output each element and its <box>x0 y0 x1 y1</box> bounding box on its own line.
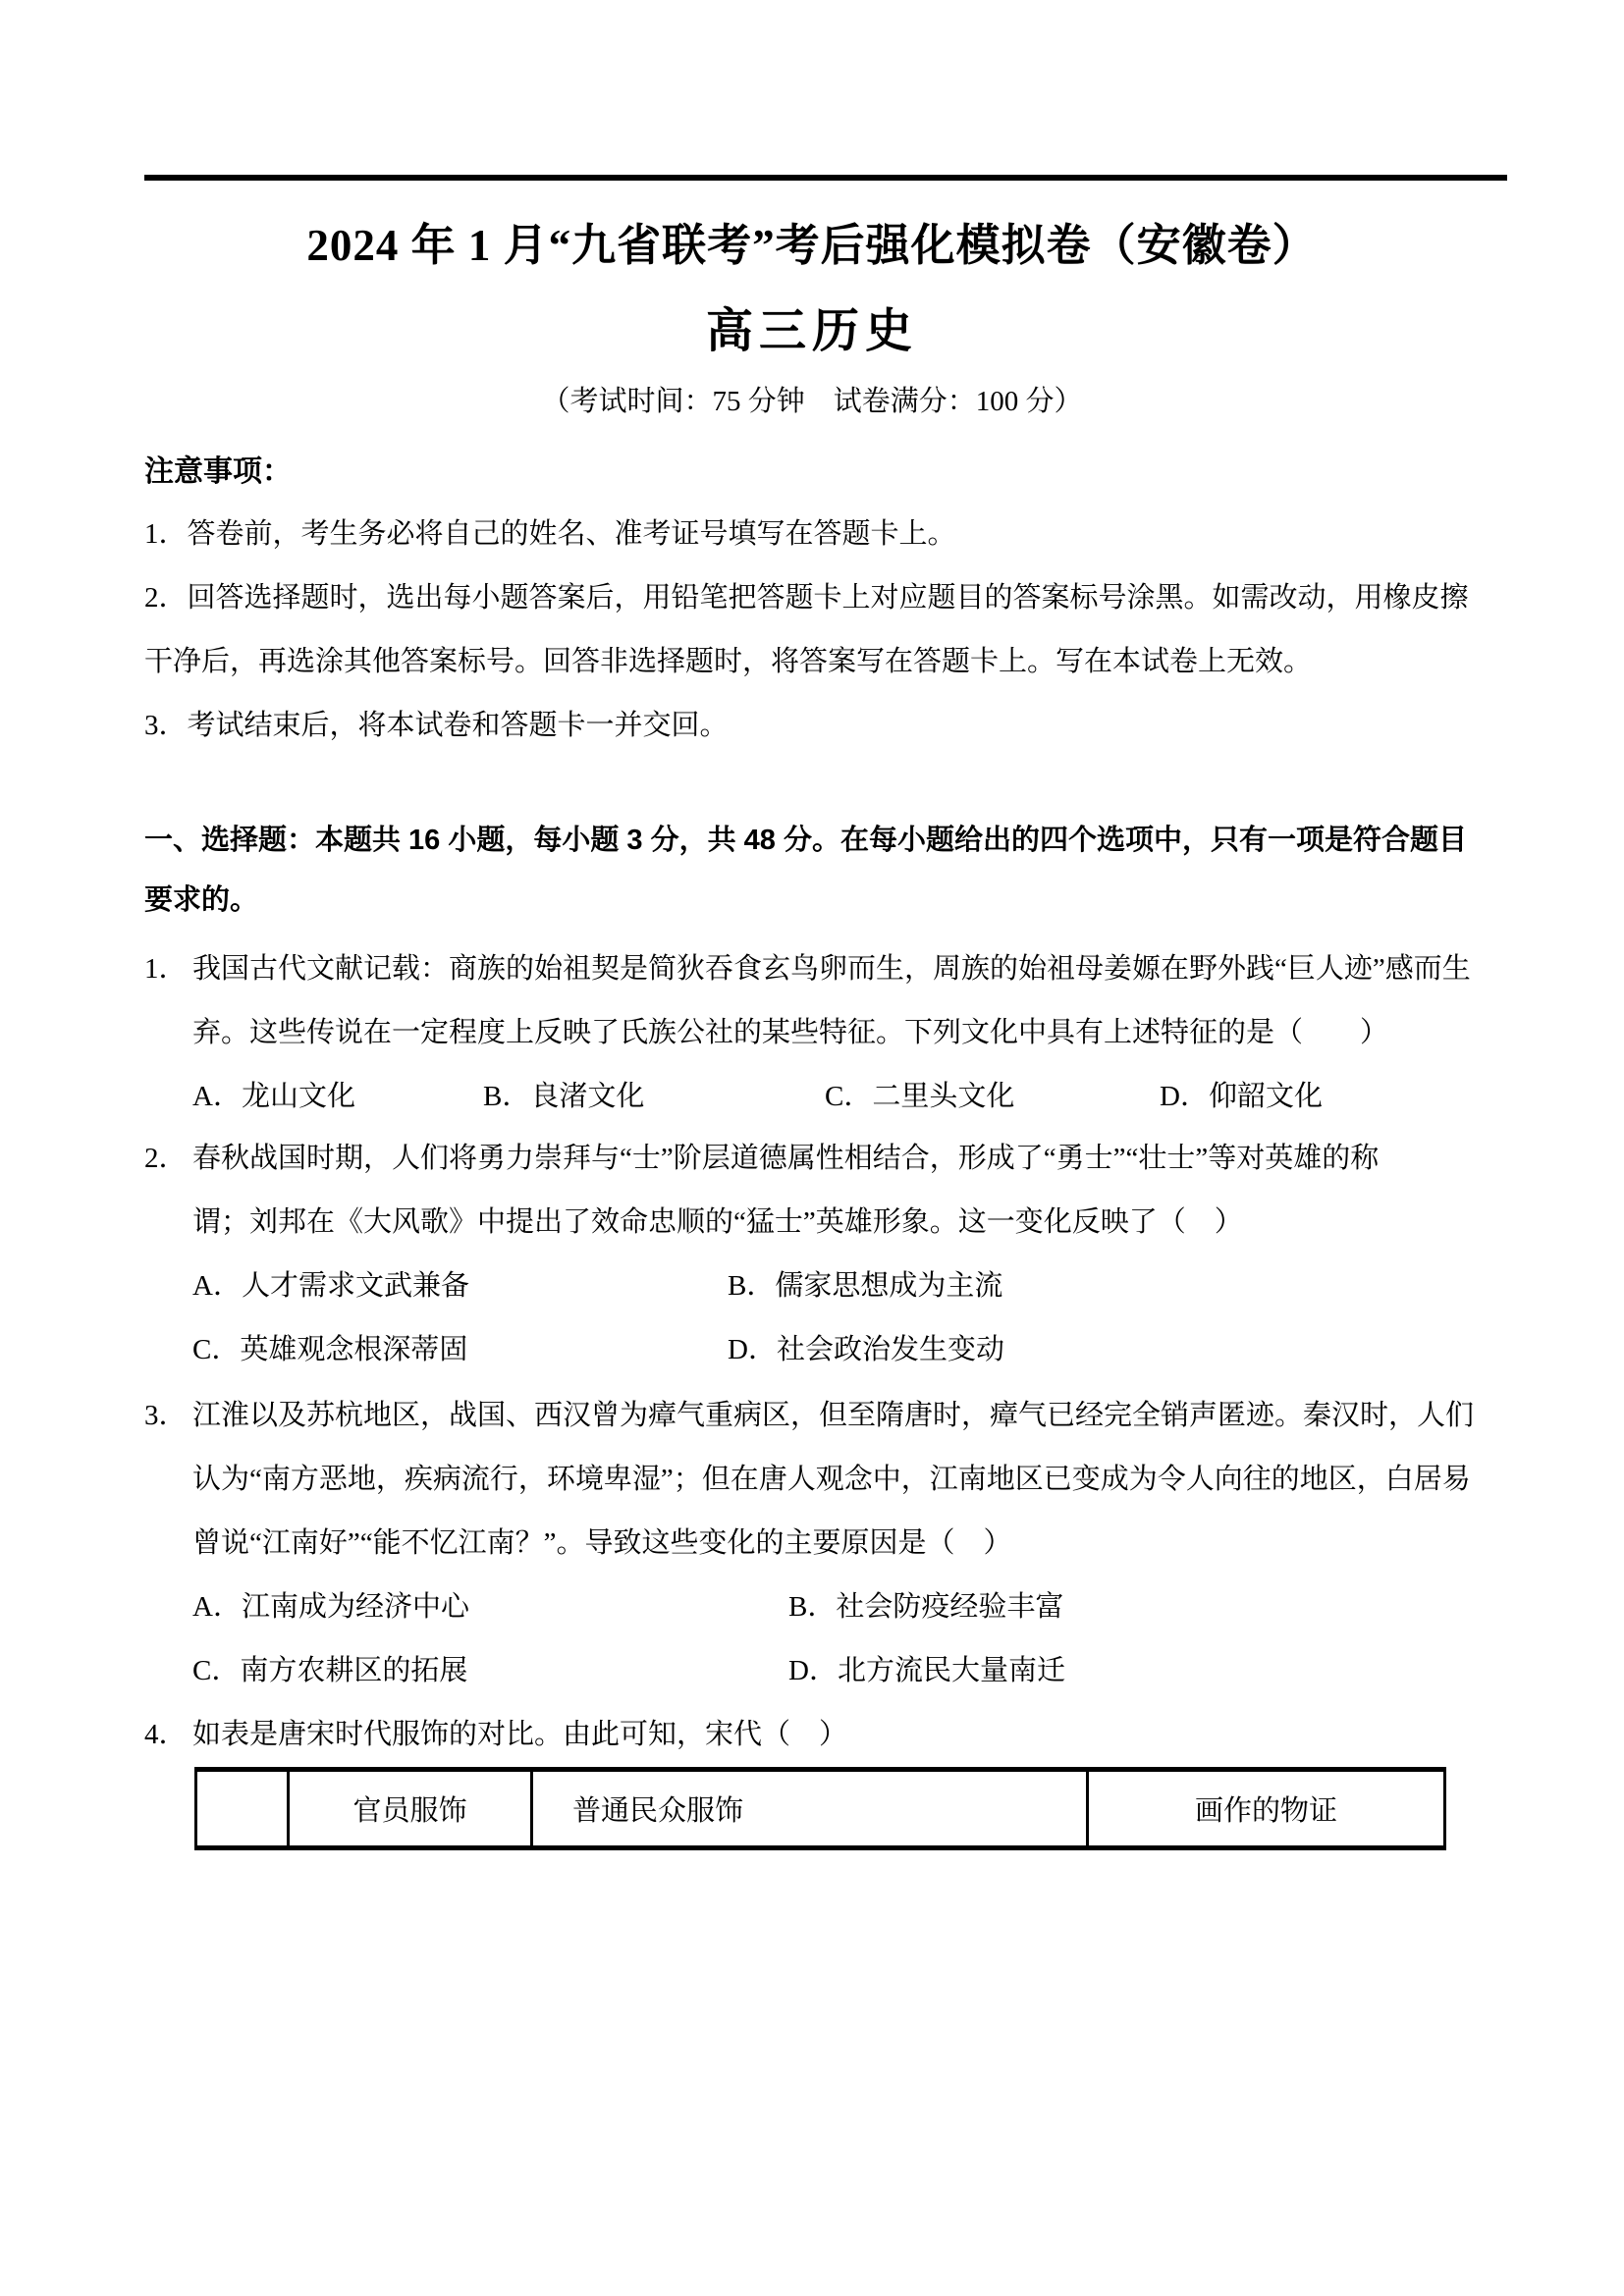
question-3-option-c: C．南方农耕区的拓展 <box>192 1639 467 1703</box>
question-1-option-b: B．良渚文化 <box>483 1065 644 1129</box>
notice-line-3: 3．考试结束后，将本试卷和答题卡一并交回。 <box>144 694 1539 758</box>
notice-line-2-cont: 干净后，再选涂其他答案标号。回答非选择题时，将答案写在答题卡上。写在本试卷上无效… <box>144 630 1539 694</box>
question-1-option-c: C．二里头文化 <box>825 1065 1014 1129</box>
notice-heading: 注意事项： <box>144 447 292 490</box>
question-2-option-a: A．人才需求文武兼备 <box>192 1255 469 1318</box>
table-header-official-dress: 官员服饰 <box>289 1770 532 1848</box>
question-3-option-a: A．江南成为经济中心 <box>192 1575 469 1639</box>
question-3-option-b: B．社会防疫经验丰富 <box>788 1575 1063 1639</box>
question-3-options-row-1: A．江南成为经济中心 B．社会防疫经验丰富 <box>192 1575 1543 1639</box>
section-heading: 一、选择题：本题共 16 小题，每小题 3 分，共 48 分。在每小题给出的四个… <box>144 811 1543 931</box>
question-4: 4． 如表是唐宋时代服饰的对比。由此可知，宋代（ ） <box>144 1703 1543 1767</box>
question-2-option-c: C．英雄观念根深蒂固 <box>192 1318 467 1382</box>
table-header-painting-evidence: 画作的物证 <box>1088 1770 1445 1848</box>
question-3-line-3: 曾说“江南好”“能不忆江南？”。导致这些变化的主要原因是（ ） <box>192 1512 1543 1575</box>
question-3-number: 3． <box>144 1384 188 1448</box>
notice-section: 1．答卷前，考生务必将自己的姓名、准考证号填写在答题卡上。 2．回答选择题时，选… <box>144 503 1539 758</box>
question-4-body: 如表是唐宋时代服饰的对比。由此可知，宋代（ ） <box>192 1703 1543 1767</box>
question-2-line-2: 谓；刘邦在《大风歌》中提出了效命忠顺的“猛士”英雄形象。这一变化反映了（ ） <box>192 1191 1543 1255</box>
exam-paper-page: 2024 年 1 月“九省联考”考后强化模拟卷（安徽卷） 高三历史 （考试时间：… <box>0 0 1624 2296</box>
paper-subtitle: 高三历史 <box>0 293 1624 360</box>
question-1: 1． 我国古代文献记载：商族的始祖契是简狄吞食玄鸟卵而生，周族的始祖母姜嫄在野外… <box>144 937 1543 1129</box>
exam-info-line: （考试时间：75 分钟 试卷满分：100 分） <box>0 379 1624 419</box>
question-4-line-1: 如表是唐宋时代服饰的对比。由此可知，宋代（ ） <box>192 1703 1543 1767</box>
question-1-option-a: A．龙山文化 <box>192 1065 355 1129</box>
question-3-option-d: D．北方流民大量南迁 <box>788 1639 1065 1703</box>
table-header-common-dress: 普通民众服饰 <box>532 1770 1088 1848</box>
question-1-option-d: D．仰韶文化 <box>1160 1065 1323 1129</box>
question-2: 2． 春秋战国时期，人们将勇力崇拜与“士”阶层道德属性相结合，形成了“勇士”“壮… <box>144 1127 1543 1382</box>
question-3-line-1: 江淮以及苏杭地区，战国、西汉曾为瘴气重病区，但至隋唐时，瘴气已经完全销声匿迹。秦… <box>192 1384 1543 1448</box>
table-header-row: 官员服饰 普通民众服饰 画作的物证 <box>196 1770 1445 1848</box>
question-2-options-row-1: A．人才需求文武兼备 B．儒家思想成为主流 <box>192 1255 1543 1318</box>
notice-line-2: 2．回答选择题时，选出每小题答案后，用铅笔把答题卡上对应题目的答案标号涂黑。如需… <box>144 566 1539 630</box>
header-rule <box>144 175 1507 181</box>
question-3-options-row-2: C．南方农耕区的拓展 D．北方流民大量南迁 <box>192 1639 1543 1703</box>
question-4-number: 4． <box>144 1703 188 1767</box>
question-3-line-2: 认为“南方恶地，疾病流行，环境卑湿”；但在唐人观念中，江南地区已变成为令人向往的… <box>192 1448 1543 1512</box>
section-heading-line-2: 要求的。 <box>144 871 1543 931</box>
paper-title: 2024 年 1 月“九省联考”考后强化模拟卷（安徽卷） <box>0 209 1624 273</box>
notice-line-1: 1．答卷前，考生务必将自己的姓名、准考证号填写在答题卡上。 <box>144 503 1539 566</box>
question-2-line-1: 春秋战国时期，人们将勇力崇拜与“士”阶层道德属性相结合，形成了“勇士”“壮士”等… <box>192 1127 1543 1191</box>
question-1-body: 我国古代文献记载：商族的始祖契是简狄吞食玄鸟卵而生，周族的始祖母姜嫄在野外践“巨… <box>192 937 1543 1129</box>
section-heading-line-1: 一、选择题：本题共 16 小题，每小题 3 分，共 48 分。在每小题给出的四个… <box>144 811 1543 871</box>
question-2-option-b: B．儒家思想成为主流 <box>728 1255 1002 1318</box>
question-2-options-row-2: C．英雄观念根深蒂固 D．社会政治发生变动 <box>192 1318 1543 1382</box>
question-3: 3． 江淮以及苏杭地区，战国、西汉曾为瘴气重病区，但至隋唐时，瘴气已经完全销声匿… <box>144 1384 1543 1703</box>
question-1-number: 1． <box>144 937 188 1001</box>
question-1-line-1: 我国古代文献记载：商族的始祖契是简狄吞食玄鸟卵而生，周族的始祖母姜嫄在野外践“巨… <box>192 937 1543 1001</box>
question-3-body: 江淮以及苏杭地区，战国、西汉曾为瘴气重病区，但至隋唐时，瘴气已经完全销声匿迹。秦… <box>192 1384 1543 1703</box>
question-2-number: 2． <box>144 1127 188 1191</box>
question-1-line-2: 弃。这些传说在一定程度上反映了氏族公社的某些特征。下列文化中具有上述特征的是（ … <box>192 1001 1543 1065</box>
question-2-body: 春秋战国时期，人们将勇力崇拜与“士”阶层道德属性相结合，形成了“勇士”“壮士”等… <box>192 1127 1543 1382</box>
question-2-option-d: D．社会政治发生变动 <box>728 1318 1004 1382</box>
table-header-empty <box>196 1770 289 1848</box>
clothing-comparison-table: 官员服饰 普通民众服饰 画作的物证 <box>194 1767 1446 1850</box>
question-1-options: A．龙山文化 B．良渚文化 C．二里头文化 D．仰韶文化 <box>192 1065 1543 1129</box>
